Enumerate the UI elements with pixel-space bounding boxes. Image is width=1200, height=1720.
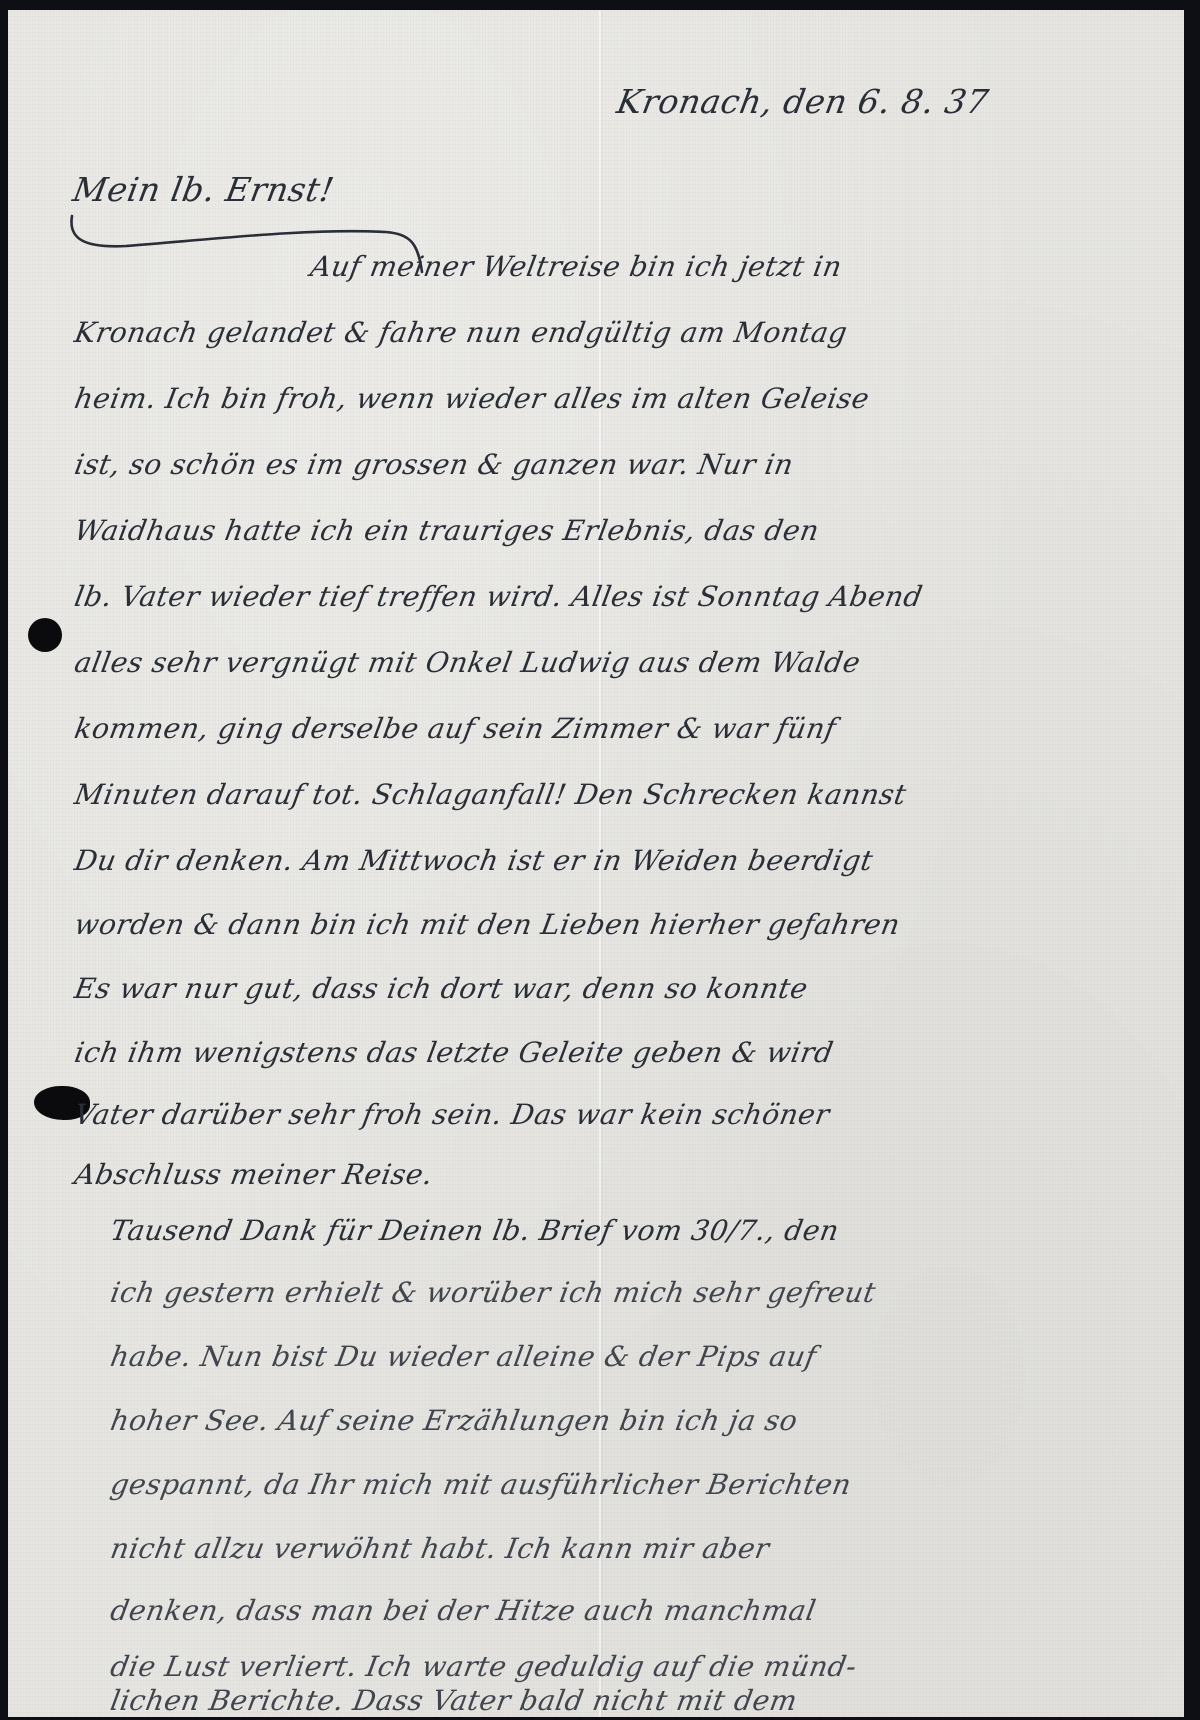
body-line: habe. Nun bist Du wieder alleine & der P… (108, 1340, 819, 1373)
body-line: heim. Ich bin froh, wenn wieder alles im… (72, 382, 872, 415)
body-line: Auf meiner Weltreise bin ich jetzt in (308, 250, 845, 283)
body-line: ich ihm wenigstens das letzte Geleite ge… (72, 1036, 836, 1069)
body-line: Waidhaus hatte ich ein trauriges Erlebni… (72, 514, 822, 547)
salutation: Mein lb. Ernst! (70, 170, 337, 209)
body-line: Minuten darauf tot. Schlaganfall! Den Sc… (72, 778, 909, 811)
body-line: Du dir denken. Am Mittwoch ist er in Wei… (72, 844, 876, 877)
body-line: Vater darüber sehr froh sein. Das war ke… (72, 1098, 832, 1131)
body-line: gespannt, da Ihr mich mit ausführlicher … (108, 1468, 854, 1501)
body-line: die Lust verliert. Ich warte geduldig au… (108, 1650, 859, 1683)
body-line: Tausend Dank für Deinen lb. Brief vom 30… (108, 1214, 842, 1247)
place-date: Kronach, den 6. 8. 37 (614, 82, 992, 121)
body-line: lb. Vater wieder tief treffen wird. Alle… (72, 580, 925, 613)
body-line: hoher See. Auf seine Erzählungen bin ich… (108, 1404, 800, 1437)
body-line: denken, dass man bei der Hitze auch manc… (108, 1594, 819, 1627)
punch-hole-icon (28, 618, 62, 652)
body-line: kommen, ging derselbe auf sein Zimmer & … (72, 712, 839, 745)
body-line: Abschluss meiner Reise. (72, 1158, 436, 1191)
body-line: lichen Berichte. Dass Vater bald nicht m… (108, 1684, 800, 1717)
body-line: ich gestern erhielt & worüber ich mich s… (108, 1276, 878, 1309)
body-line: nicht allzu verwöhnt habt. Ich kann mir … (108, 1532, 772, 1565)
body-line: alles sehr vergnügt mit Onkel Ludwig aus… (72, 646, 863, 679)
body-line: Kronach gelandet & fahre nun endgültig a… (72, 316, 850, 349)
body-line: Es war nur gut, dass ich dort war, denn … (72, 972, 811, 1005)
body-line: ist, so schön es im grossen & ganzen war… (72, 448, 796, 481)
letter-paper: Kronach, den 6. 8. 37 Mein lb. Ernst! Au… (8, 10, 1184, 1717)
body-line: worden & dann bin ich mit den Lieben hie… (72, 908, 903, 941)
